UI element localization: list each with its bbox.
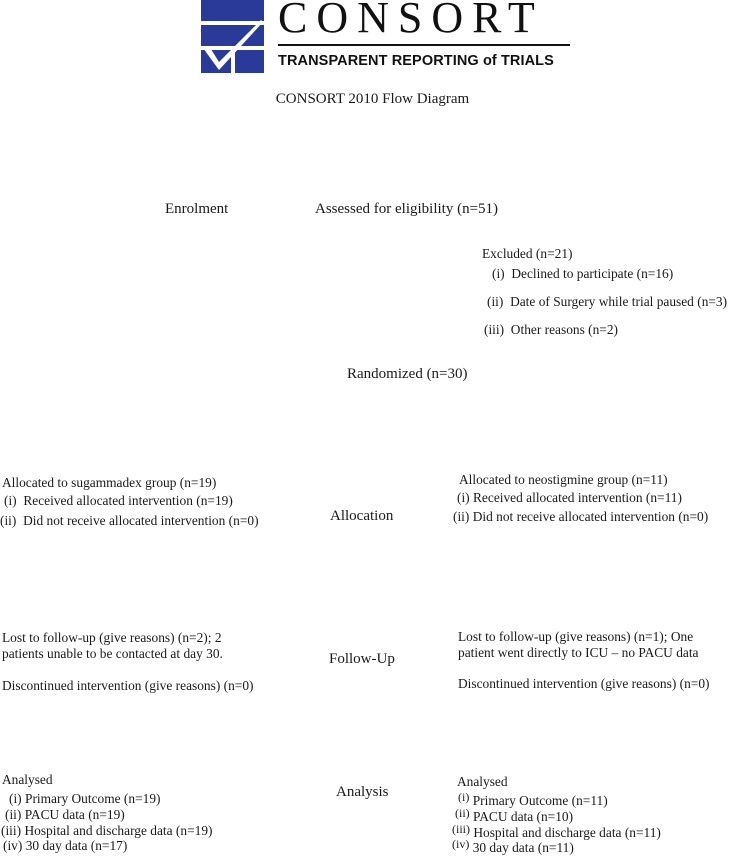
analysed-left-header: Analysed — [2, 772, 53, 788]
item-text: Other reasons (n=2) — [511, 322, 618, 337]
item-text: Received allocated intervention (n=11) — [473, 490, 682, 505]
stage-label-follow-up: Follow-Up — [329, 651, 395, 668]
item-number: (iv) — [3, 838, 22, 853]
stage-label-allocation: Allocation — [330, 508, 393, 525]
item-text: Date of Surgery while trial paused (n=3) — [510, 294, 727, 309]
analysed-left-item: (iii) Hospital and discharge data (n=19) — [1, 823, 212, 839]
lost-to-follow-up-right-reason: patient went directly to ICU – no PACU d… — [458, 645, 699, 661]
item-text: Did not receive allocated intervention (… — [473, 509, 708, 524]
logo-tagline: TRANSPARENT REPORTING of TRIALS — [278, 53, 554, 69]
analysed-right-item: (ii) PACU data (n=10) — [455, 809, 573, 825]
item-number: (i) — [458, 790, 469, 804]
item-text: Declined to participate (n=16) — [511, 266, 673, 281]
discontinued-right: Discontinued intervention (give reasons)… — [458, 676, 710, 692]
analysed-left-item: (iv) 30 day data (n=17) — [3, 838, 127, 854]
item-text: Received allocated intervention (n=19) — [23, 493, 232, 508]
analysed-right-header: Analysed — [457, 774, 508, 790]
item-number: (ii) — [0, 513, 16, 528]
lost-to-follow-up-left-reason: patients unable to be contacted at day 3… — [2, 646, 223, 662]
item-number: (iii) — [452, 822, 470, 836]
stage-label-analysis: Analysis — [336, 784, 389, 801]
item-number: (ii) — [5, 807, 21, 822]
item-text: PACU data (n=19) — [25, 807, 125, 822]
item-number: (i) — [492, 266, 505, 281]
excluded-item: (ii) Date of Surgery while trial paused … — [487, 294, 727, 310]
item-number: (ii) — [487, 294, 503, 309]
item-text: Hospital and discharge data (n=19) — [24, 823, 212, 838]
diagram-title: CONSORT 2010 Flow Diagram — [0, 91, 745, 108]
analysed-right-item: (i) Primary Outcome (n=11) — [458, 793, 608, 809]
excluded-item: (iii) Other reasons (n=2) — [484, 322, 618, 338]
stage-label-enrolment: Enrolment — [165, 201, 228, 218]
item-number: (iii) — [1, 823, 21, 838]
item-text: 30 day data (n=17) — [26, 838, 128, 853]
item-number: (i) — [457, 490, 470, 505]
analysed-left-item: (ii) PACU data (n=19) — [5, 807, 125, 823]
item-text: 30 day data (n=11) — [473, 840, 574, 855]
logo-divider — [278, 44, 570, 46]
item-text: Primary Outcome (n=11) — [473, 793, 608, 808]
excluded-item: (i) Declined to participate (n=16) — [492, 266, 673, 282]
item-text: Did not receive allocated intervention (… — [23, 513, 258, 528]
excluded-header: Excluded (n=21) — [482, 246, 572, 262]
allocation-right-header: Allocated to neostigmine group (n=11) — [459, 472, 668, 488]
item-text: PACU data (n=10) — [473, 809, 573, 824]
analysed-right-item: (iv) 30 day data (n=11) — [452, 840, 574, 856]
item-text: Primary Outcome (n=19) — [25, 791, 160, 806]
discontinued-left: Discontinued intervention (give reasons)… — [2, 678, 254, 694]
item-number: (iii) — [484, 322, 504, 337]
allocation-right-item: (i) Received allocated intervention (n=1… — [457, 490, 682, 506]
assessed-for-eligibility: Assessed for eligibility (n=51) — [315, 201, 498, 218]
lost-to-follow-up-left: Lost to follow-up (give reasons) (n=2); … — [2, 630, 222, 646]
item-number: (i) — [4, 493, 17, 508]
randomized: Randomized (n=30) — [347, 366, 468, 383]
allocation-left-item: (i) Received allocated intervention (n=1… — [4, 493, 233, 509]
item-number: (ii) — [455, 806, 470, 820]
logo-wordmark: CONSORT — [278, 0, 544, 43]
lost-to-follow-up-right: Lost to follow-up (give reasons) (n=1); … — [458, 629, 693, 645]
allocation-left-header: Allocated to sugammadex group (n=19) — [2, 475, 216, 491]
analysed-right-item: (iii) Hospital and discharge data (n=11) — [452, 825, 661, 841]
item-number: (i) — [9, 791, 22, 806]
checkmark-grid-icon — [201, 0, 264, 73]
item-text: Hospital and discharge data (n=11) — [473, 825, 661, 840]
item-number: (iv) — [452, 837, 469, 851]
allocation-right-item: (ii) Did not receive allocated intervent… — [453, 509, 708, 525]
analysed-left-item: (i) Primary Outcome (n=19) — [9, 791, 160, 807]
allocation-left-item: (ii) Did not receive allocated intervent… — [0, 513, 259, 529]
item-number: (ii) — [453, 509, 469, 524]
